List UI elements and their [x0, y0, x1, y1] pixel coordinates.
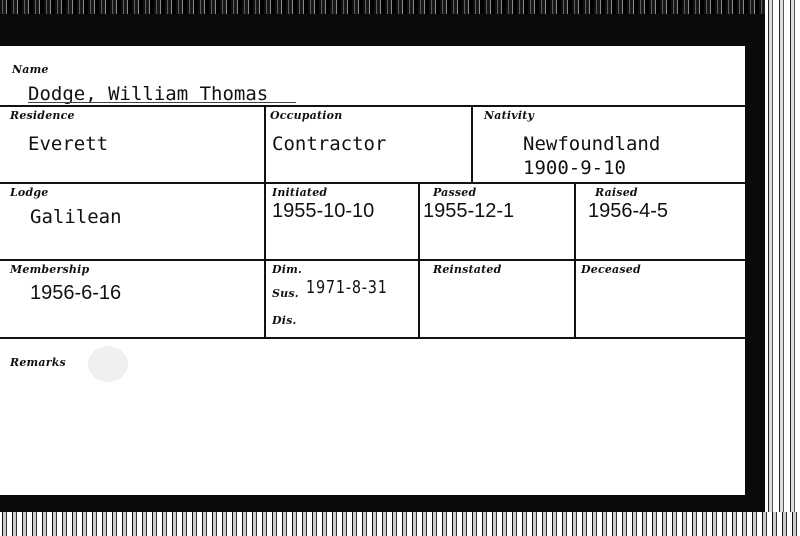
sus-label: Sus.	[272, 287, 299, 300]
divider-lodge-row	[0, 259, 745, 261]
scan-border-bottom	[0, 512, 800, 536]
divider-occupation-nativity	[471, 105, 473, 182]
lodge-label: Lodge	[10, 186, 48, 199]
membership-record-card: Name Dodge, William Thomas Residence Eve…	[0, 46, 745, 495]
deceased-label: Deceased	[581, 263, 641, 276]
nativity-place: Newfoundland	[523, 133, 660, 155]
initiated-value: 1955-10-10	[272, 200, 374, 223]
scan-border-right	[765, 0, 800, 536]
divider-name	[0, 105, 745, 107]
passed-value: 1955-12-1	[423, 200, 514, 223]
nativity-date: 1900-9-10	[523, 157, 626, 179]
divider-membership-row	[0, 337, 745, 339]
occupation-value: Contractor	[272, 133, 386, 155]
raised-label: Raised	[595, 186, 638, 199]
dis-label: Dis.	[272, 314, 297, 327]
reinstated-label: Reinstated	[433, 263, 502, 276]
raised-value: 1956-4-5	[588, 200, 668, 223]
divider-passed-raised	[574, 182, 576, 337]
scan-border-top	[0, 0, 800, 14]
dim-label: Dim.	[272, 263, 302, 276]
divider-initiated-passed	[418, 182, 420, 337]
occupation-label: Occupation	[270, 109, 342, 122]
name-underline	[28, 102, 296, 103]
initiated-label: Initiated	[272, 186, 327, 199]
membership-label: Membership	[10, 263, 89, 276]
lodge-value: Galilean	[30, 206, 122, 228]
sus-value: 1971-8-31	[306, 277, 388, 298]
divider-residence-occupation	[264, 105, 266, 182]
residence-label: Residence	[10, 109, 75, 122]
divider-residence-row	[0, 182, 745, 184]
residence-value: Everett	[28, 133, 108, 155]
remarks-label: Remarks	[10, 356, 66, 369]
name-label: Name	[12, 63, 49, 76]
membership-value: 1956-6-16	[30, 282, 121, 305]
paper-smudge	[88, 346, 128, 382]
passed-label: Passed	[433, 186, 476, 199]
divider-lodge-initiated	[264, 182, 266, 337]
nativity-label: Nativity	[484, 109, 534, 122]
